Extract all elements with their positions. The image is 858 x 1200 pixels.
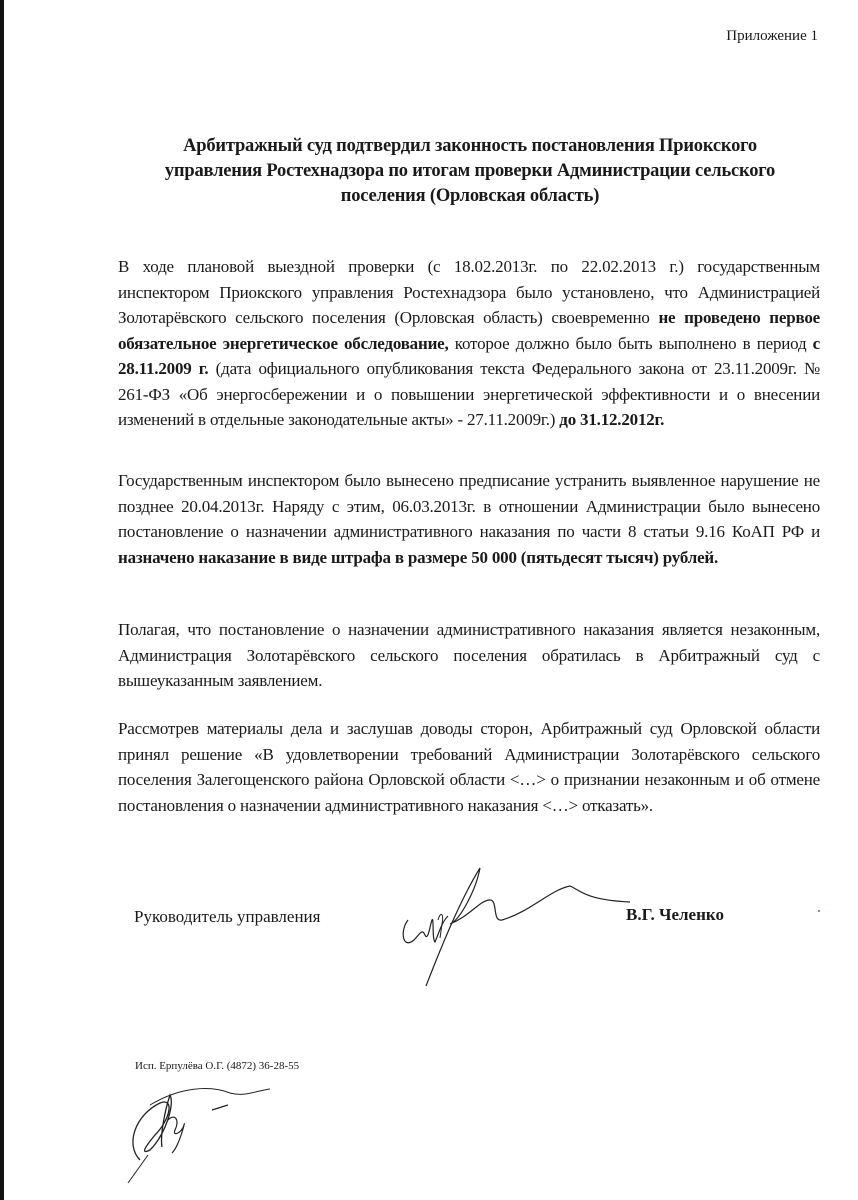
- paragraph-inspection: В ходе плановой выездной проверки (с 18.…: [118, 254, 820, 433]
- bold-segment: назначено наказание в виде штрафа в разм…: [118, 548, 718, 567]
- scan-speck: [818, 910, 820, 912]
- appendix-label: Приложение 1: [726, 28, 818, 45]
- text-segment: которое должно было быть выполнено в пер…: [449, 334, 813, 353]
- signatory-role: Руководитель управления: [134, 907, 320, 927]
- handwritten-signature: [380, 860, 680, 990]
- text-segment: Полагая, что постановление о назначении …: [118, 620, 820, 690]
- signatory-name: В.Г. Челенко: [626, 905, 724, 925]
- paragraph-penalty: Государственным инспектором было вынесен…: [118, 468, 820, 570]
- title-line: Арбитражный суд подтвердил законность по…: [140, 134, 800, 159]
- scan-border: [0, 0, 4, 1200]
- bold-segment: до 31.12.2012г.: [559, 410, 664, 429]
- document-title: Арбитражный суд подтвердил законность по…: [140, 134, 800, 209]
- paragraph-decision: Рассмотрев материалы дела и заслушав дов…: [118, 716, 820, 818]
- paragraph-appeal: Полагая, что постановление о назначении …: [118, 617, 820, 694]
- title-line: поселения (Орловская область): [140, 184, 800, 209]
- text-segment: Рассмотрев материалы дела и заслушав дов…: [118, 719, 820, 815]
- executor-contact: Исп. Ерпулёва О.Г. (4872) 36-28-55: [135, 1060, 299, 1072]
- title-line: управления Ростехнадзора по итогам прове…: [140, 159, 800, 184]
- executor-signature: [120, 1075, 270, 1185]
- text-segment: (дата официального опубликования текста …: [118, 359, 820, 429]
- text-segment: Государственным инспектором было вынесен…: [118, 471, 820, 541]
